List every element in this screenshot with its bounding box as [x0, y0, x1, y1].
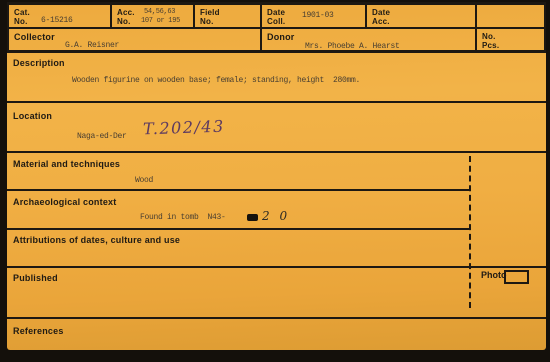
- collector-cell: Collector G.A. Reisner: [9, 29, 260, 51]
- context-inked-out-blob: [247, 214, 258, 221]
- material-value: Wood: [135, 176, 153, 185]
- context-handwritten-number: 2 0: [262, 209, 290, 223]
- date-acc-cell: DateAcc.: [367, 5, 475, 28]
- divider-attributions-bottom: [7, 266, 546, 268]
- no-pcs-label-line2: Pcs.: [482, 41, 499, 50]
- published-label: Published: [13, 273, 58, 283]
- donor-cell: Donor Mrs. Phoebe A. Hearst: [262, 29, 475, 51]
- acc-no-cell: Acc.No. 54,56,63 107 or 195: [112, 5, 193, 28]
- context-label: Archaeological context: [13, 197, 116, 207]
- date-coll-label-line1: Date: [267, 8, 285, 17]
- material-label: Material and techniques: [13, 159, 120, 169]
- description-label: Description: [13, 58, 65, 68]
- header-table: Cat.No. 6-15216 Acc.No. 54,56,63 107 or …: [7, 2, 546, 53]
- donor-label: Donor: [262, 29, 475, 42]
- cat-no-cell: Cat.No. 6-15216: [9, 5, 110, 28]
- no-pcs-cell: No.Pcs.: [477, 29, 546, 51]
- photo-checkbox: [504, 270, 529, 284]
- acc-no-value-2: 107 or 195: [141, 17, 180, 25]
- scanned-catalog-card-page: { "header": { "cat": { "l1": "Cat.", "l2…: [0, 0, 550, 362]
- cat-label-line2: No.: [14, 17, 28, 26]
- date-acc-label-line2: Acc.: [372, 17, 390, 26]
- field-label-line1: Field: [200, 8, 220, 17]
- description-value: Wooden figurine on wooden base; female; …: [72, 76, 360, 85]
- collector-value: G.A. Reisner: [65, 41, 119, 50]
- date-coll-label-line2: Coll.: [267, 17, 285, 26]
- collector-label: Collector: [9, 29, 260, 42]
- acc-label-line2: No.: [117, 17, 131, 26]
- cat-label-line1: Cat.: [14, 8, 30, 17]
- field-no-cell: FieldNo.: [195, 5, 260, 28]
- divider-context-bottom: [7, 228, 469, 230]
- acc-label-line1: Acc.: [117, 8, 135, 17]
- attributions-label: Attributions of dates, culture and use: [13, 235, 180, 245]
- location-handwritten-tomb-number: T.202/43: [143, 117, 225, 139]
- location-typed-value: Naga-ed-Der: [77, 132, 127, 141]
- divider-published-bottom: [7, 317, 546, 319]
- dashed-vertical-rule: [469, 156, 471, 308]
- date-coll-value: 1901-03: [302, 11, 334, 20]
- acc-no-value-1: 54,56,63: [144, 8, 175, 16]
- divider-description-bottom: [7, 101, 546, 103]
- divider-material-bottom: [7, 189, 469, 191]
- date-acc-label-line1: Date: [372, 8, 390, 17]
- date-coll-cell: DateColl. 1901-03: [262, 5, 365, 28]
- cat-no-value: 6-15216: [41, 16, 73, 25]
- donor-value: Mrs. Phoebe A. Hearst: [305, 42, 400, 51]
- field-label-line2: No.: [200, 17, 214, 26]
- empty-top-right-cell: [477, 5, 546, 28]
- location-label: Location: [13, 111, 52, 121]
- photo-label: Photo: [481, 270, 507, 280]
- no-pcs-label-line1: No.: [482, 32, 496, 41]
- references-label: References: [13, 326, 64, 336]
- context-typed-value: Found in tomb N43-: [140, 213, 226, 222]
- catalog-card: Cat.No. 6-15216 Acc.No. 54,56,63 107 or …: [7, 2, 546, 350]
- divider-location-bottom: [7, 151, 546, 153]
